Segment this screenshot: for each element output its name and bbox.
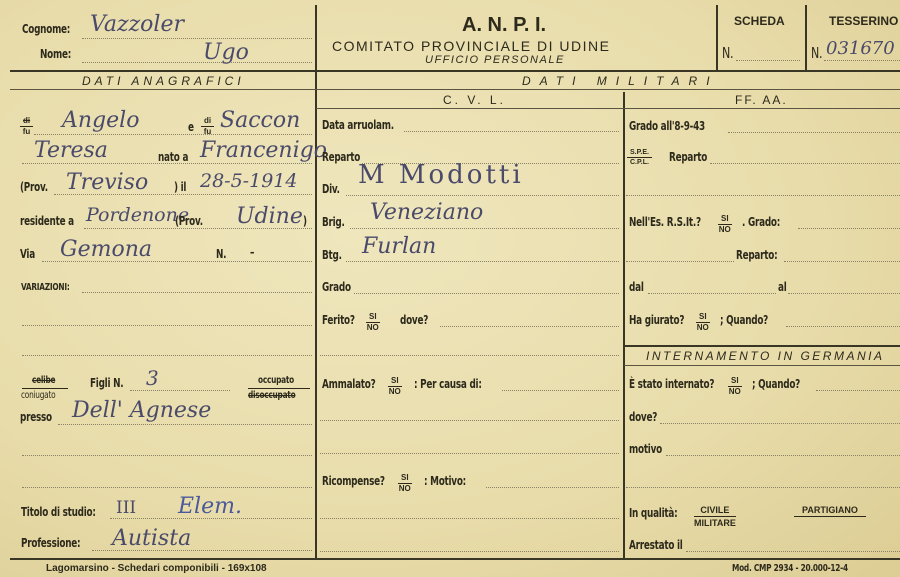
internato-quando-label: ; Quando? bbox=[752, 377, 800, 391]
via-label: Via bbox=[20, 247, 35, 261]
dove-label: dove? bbox=[400, 313, 428, 327]
arrestato-label: Arrestato il bbox=[629, 538, 683, 552]
figli-value: 3 bbox=[146, 366, 159, 390]
prov-residenza-value: Udine bbox=[236, 204, 303, 229]
anpi-personnel-card: Cognome: Vazzoler Nome: Ugo A. N. P. I. … bbox=[0, 0, 900, 577]
committee-title: COMITATO PROVINCIALE DI UDINE bbox=[332, 38, 610, 54]
nato-label: nato a bbox=[158, 150, 188, 164]
professione-value: Autista bbox=[112, 526, 191, 551]
rsi-label: Nell'Es. R.S.It.? bbox=[629, 215, 701, 229]
al-field[interactable] bbox=[788, 293, 900, 294]
data-nascita-value: 28-5-1914 bbox=[200, 170, 297, 192]
scheda-n-label: N. bbox=[722, 44, 733, 62]
grado-8-9-43-label: Grado all'8-9-43 bbox=[629, 119, 705, 133]
dal-field[interactable] bbox=[648, 293, 776, 294]
celibe-label: celibe bbox=[32, 375, 55, 386]
prov-label: (Prov. bbox=[20, 180, 48, 194]
giurato-si-no[interactable]: SINO bbox=[696, 312, 710, 333]
ffaa-title: FF. AA. bbox=[735, 93, 788, 107]
scheda-label: SCHEDA bbox=[734, 14, 785, 28]
coniugato-label: coniugato bbox=[21, 390, 55, 401]
divider-cvl-ffaa bbox=[623, 92, 625, 558]
titolo-label: Titolo di studio: bbox=[21, 505, 96, 519]
btg-value: Furlan bbox=[362, 234, 436, 259]
civile-militare-choice[interactable]: CIVILE MILITARE bbox=[694, 504, 736, 529]
ammalato-si-no[interactable]: SINO bbox=[388, 376, 402, 397]
numero-value: – bbox=[250, 245, 254, 259]
per-causa-label: : Per causa di: bbox=[414, 377, 482, 391]
internamento-title: INTERNAMENTO IN GERMANIA bbox=[646, 349, 884, 363]
rsi-si-no[interactable]: SINO bbox=[718, 214, 732, 235]
internamento-motivo-label: motivo bbox=[629, 442, 662, 456]
scheda-number-field[interactable] bbox=[736, 60, 800, 61]
spe-cpl-choice[interactable]: S.P.E.C.P.L. bbox=[627, 148, 652, 167]
cognome-value: Vazzoler bbox=[90, 12, 184, 37]
ammalato-label: Ammalato? bbox=[322, 377, 376, 391]
cvl-grado-label: Grado bbox=[322, 280, 351, 294]
div-label: Div. bbox=[322, 182, 340, 196]
figli-label: Figli N. bbox=[90, 376, 123, 390]
btg-label: Btg. bbox=[322, 248, 342, 262]
via-value: Gemona bbox=[60, 237, 152, 262]
tesserino-n-label: N. bbox=[811, 44, 822, 62]
ffaa-reparto2-label: Reparto: bbox=[736, 248, 777, 262]
cvl-reparto-label: Reparto bbox=[322, 150, 360, 164]
internato-label: È stato internato? bbox=[629, 377, 714, 391]
footer-right: Mod. CMP 2934 - 20.000-12-4 bbox=[732, 563, 848, 574]
occupato-label: occupato bbox=[258, 375, 294, 386]
nome-value: Ugo bbox=[203, 40, 249, 65]
titolo-value: III bbox=[116, 498, 136, 518]
prov-nascita-value: Treviso bbox=[66, 170, 148, 195]
internamento-dove-label: dove? bbox=[629, 410, 657, 424]
cognome-label: Cognome: bbox=[22, 22, 70, 36]
divider-header-scheda bbox=[716, 5, 718, 70]
divider-header-tesserino bbox=[805, 5, 807, 70]
e-label: e bbox=[188, 120, 194, 134]
tesserino-label: TESSERINO bbox=[829, 14, 898, 28]
disoccupato-label: disoccupato bbox=[248, 390, 295, 401]
rule-section-titles bbox=[10, 89, 900, 90]
nome-label: Nome: bbox=[40, 47, 71, 61]
professione-label: Professione: bbox=[21, 536, 80, 550]
presso-value: Dell' Agnese bbox=[72, 398, 211, 423]
rule-header-bottom bbox=[10, 70, 900, 72]
cvl-title: C. V. L. bbox=[443, 93, 506, 107]
ricompense-label: Ricompense? bbox=[322, 474, 385, 488]
brig-label: Brig. bbox=[322, 215, 345, 229]
internato-si-no[interactable]: SINO bbox=[728, 376, 742, 397]
rule-internamento-top bbox=[624, 345, 900, 347]
ffaa-reparto-label: Reparto bbox=[669, 150, 707, 164]
ferito-si-no[interactable]: SINO bbox=[366, 312, 380, 333]
rsi-grado-label: . Grado: bbox=[742, 215, 780, 229]
brig-value: Veneziano bbox=[370, 200, 483, 225]
rule-internamento-title bbox=[624, 365, 900, 366]
tesserino-value: 031670 bbox=[826, 38, 895, 59]
giurato-label: Ha giurato? bbox=[629, 313, 684, 327]
dati-anagrafici-title: DATI ANAGRAFICI bbox=[82, 74, 245, 88]
dati-militari-title: DATI MILITARI bbox=[522, 74, 719, 88]
motivo-label: : Motivo: bbox=[424, 474, 466, 488]
office-title: UFFICIO PERSONALE bbox=[425, 54, 565, 66]
dal-label: dal bbox=[629, 280, 644, 294]
ferito-label: Ferito? bbox=[322, 313, 355, 327]
qualita-label: In qualità: bbox=[629, 506, 677, 520]
numero-label: N. bbox=[216, 247, 226, 261]
prov-res-label: (Prov. bbox=[175, 214, 203, 228]
footer-left: Lagomarsino - Schedari componibili - 169… bbox=[46, 563, 267, 574]
variazioni-label: VARIAZIONI: bbox=[21, 282, 70, 293]
titolo-extra-value: Elem. bbox=[178, 494, 242, 519]
rule-cvl-ffaa-titles bbox=[316, 108, 900, 109]
padre-value: Angelo bbox=[62, 108, 139, 133]
madre-nome-value: Teresa bbox=[34, 138, 108, 163]
il-label: ) il bbox=[174, 180, 186, 194]
ricompense-si-no[interactable]: SINO bbox=[398, 473, 412, 494]
presso-label: presso bbox=[20, 410, 52, 424]
residenza-value: Pordenone bbox=[86, 204, 189, 226]
divider-left bbox=[315, 5, 317, 558]
giurato-quando-label: ; Quando? bbox=[720, 313, 768, 327]
org-title: A. N. P. I. bbox=[462, 14, 546, 37]
al-label: al bbox=[778, 280, 787, 294]
partigiano-choice[interactable]: PARTIGIANO bbox=[794, 504, 866, 517]
data-arruolam-label: Data arruolam. bbox=[322, 118, 394, 132]
luogo-nascita-value: Francenigo bbox=[200, 138, 327, 163]
residente-label: residente a bbox=[20, 214, 74, 228]
div-value: M Modotti bbox=[358, 160, 524, 190]
rule-footer bbox=[10, 558, 900, 560]
madre-cognome-value: Saccon bbox=[220, 108, 300, 133]
